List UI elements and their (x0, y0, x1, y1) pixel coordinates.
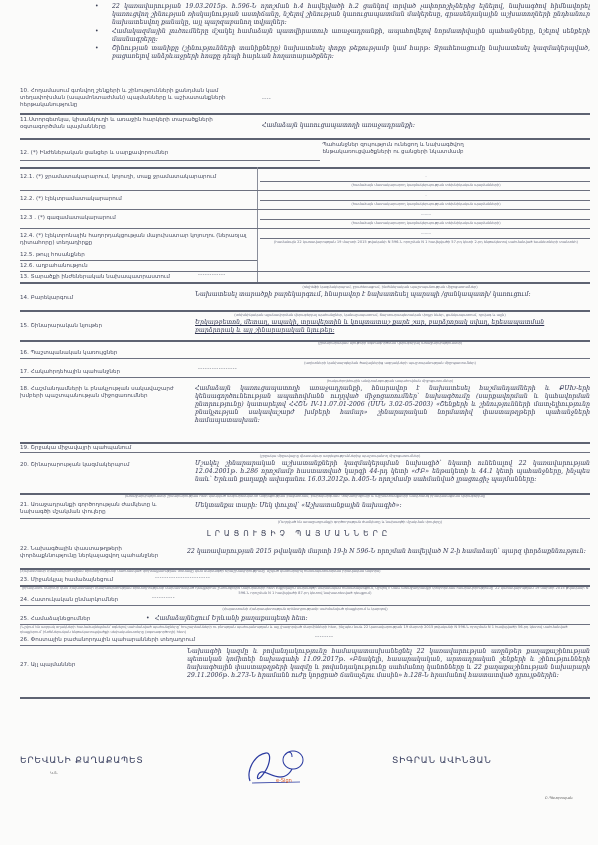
row-12-4-note: (համաձայն 22 կառավարության 19 մարտի 2015… (262, 240, 590, 245)
row-18-value: Համաձայն կառուցապատողի առաջադրանքի, հնար… (195, 385, 590, 425)
bullet-icon: • (95, 45, 99, 52)
divider (260, 181, 590, 182)
row-27-label: 27. Այլ պայմաններ (20, 662, 170, 669)
row-17-value: ----------------- (198, 366, 237, 372)
row-10-value: ---- (262, 96, 271, 102)
row-25-note: (Նշվում են ազդակ օղակների համաձայնեցման՝… (20, 625, 590, 635)
intro-bullet-2: Համակազմային լուծումները մշակել համաձայն… (112, 28, 590, 44)
bullet-icon: • (146, 615, 150, 622)
divider (20, 190, 590, 191)
row-25-value: Համաձայնեցում Երևանի քաղաքապետի հետ: (155, 615, 585, 623)
row-22-note: (Հայաստանի Հանրապետության օրենսդրությամբ… (20, 569, 590, 574)
row-16-note: (աղետների կանխարգելման ծավալներից ազդակն… (190, 361, 590, 366)
row-12-3-value: -------- (262, 212, 590, 217)
row-17-note: (հակահրդեհային անվտանգության ապահովման մ… (190, 379, 590, 384)
divider (20, 645, 590, 646)
divider (20, 209, 590, 210)
row-17-label: 17. Հակահրդեհային պահանջներ (20, 369, 220, 376)
signatory-name: ՏԻԳՐԱՆ ԱՎԻՆՅԱՆ (392, 756, 492, 766)
row-12-2-value: - (262, 193, 590, 198)
column-divider (257, 167, 258, 282)
row-12-value: Պահանջներ զույություն ունեցող և նախագծվո… (308, 142, 478, 156)
esign-stamp: e-Sign (276, 778, 292, 784)
divider (260, 200, 590, 201)
row-21-label: 21. Առաջադրանքի գործողության ժամկետը և ն… (20, 502, 180, 516)
divider (20, 697, 590, 699)
row-21-note: (Ուղղված են առաջադրանքի գործողության ժամ… (190, 520, 530, 525)
divider (20, 282, 590, 284)
row-24-note: (Հայաստանի Հանրապետության օրենսդրությամբ… (20, 607, 590, 612)
divider (20, 160, 320, 161)
row-27-value: Նախագծի կազմը և բովանդակությունը համապատ… (187, 648, 590, 680)
divider (260, 219, 590, 220)
divider (20, 113, 590, 115)
divider (20, 310, 590, 312)
bullet-icon: • (95, 28, 99, 35)
row-14-value: Նախատեսել տարածքի բարեկարգում, հնարավոր … (195, 291, 590, 299)
divider (20, 452, 590, 453)
bullet-icon: • (95, 3, 99, 10)
seal-mark: Կ.Տ. (50, 770, 58, 775)
divider (20, 138, 590, 140)
row-15-note: (շինարարական նյութերի օգտագործման վերաբե… (190, 341, 590, 346)
divider (20, 228, 590, 229)
row-13-value: ------------ (198, 272, 226, 278)
intro-bullet-3: Շինության տանիքը (շինությունների տանիքնե… (112, 45, 590, 61)
row-19-label: 19. Շրջակա միջավայրի պահպանում (20, 445, 195, 452)
row-24-value: ---------- (152, 595, 175, 601)
row-26-label: 26. Փոստային բաժանորդային պահարանների տե… (20, 637, 250, 644)
row-12-3-label: 12.3 . (*) գազամատակարարում (20, 215, 250, 222)
divider (20, 167, 590, 169)
divider (20, 358, 590, 359)
row-12-4-label: 12.4. (*) էլեկտրոնային հաղորդակցության մ… (20, 233, 250, 247)
row-21-value: Մեկտանքա տարի: Մեկ փուլով՝ «Աշխատանքային… (195, 502, 590, 510)
divider (20, 271, 590, 272)
row-19-note: (շրջակա միջավայրը վնասակար ազդեցությունն… (190, 454, 490, 459)
row-12-5-label: 12.5. թույլ հոսանքներ (20, 252, 250, 259)
row-26-value: -------- (315, 634, 333, 640)
mayor-title: ԵՐԵՎԱՆԻ ՔԱՂԱՔԱՊԵՏ (20, 756, 144, 766)
row-12-label: 12. (*) Ինժեներական ցանցեր և սարքավորում… (20, 150, 260, 157)
divider (20, 442, 590, 444)
row-20-label: 20. Շինարարության կազմակերպում (20, 462, 195, 469)
row-22-label: 22. Նախագծային փաստաթղթերի փորձաքննությո… (20, 546, 180, 560)
row-15-value: Երկաթբետոն, մետաղ, ապակի, տրավերտին և կո… (195, 319, 585, 335)
document-page: • 22 կառավարության 19.03.2015թ. հ.596-Ն … (0, 0, 598, 845)
divider (20, 260, 257, 261)
row-12-6-label: 12.6. աղբահանություն (20, 263, 250, 270)
row-22-value: 22 կառավարության 2015 թվականի մարտի 19-ի… (187, 548, 587, 556)
row-12-1-note: (համաձայն մատակարարող կազմակերպության տե… (262, 183, 590, 188)
row-12-2-note: (համաձայն մատակարարող կազմակերպության տե… (262, 202, 590, 207)
divider (20, 377, 590, 378)
row-12-2-label: 12.2. (*) էլեկտրամատակարարում (20, 196, 250, 203)
executor-name: Բ.Պետրոսյան (545, 795, 572, 800)
row-11-label: 11.Ստորգետնյա, կիսանկուղի և առաջին հարկե… (20, 117, 240, 131)
row-19-value: ______ (208, 438, 226, 444)
row-18-label: 18. Հաշմանդամների և բնակչության սակավաշա… (20, 386, 195, 400)
row-12-1-value: - (262, 174, 590, 179)
row-12-4-value: -------- (262, 231, 590, 236)
row-23-note: (իրավասու մարմնի կամ Հայաստանի Հանրապետո… (20, 586, 590, 596)
row-15-label: 15. Շինարարական նյութեր (20, 323, 180, 330)
row-23-value: ------------------------ (155, 575, 210, 581)
divider (20, 605, 590, 606)
row-16-label: 16. Պաշտպանական կառույցներ (20, 350, 220, 357)
divider (20, 518, 590, 519)
divider (260, 238, 590, 239)
row-10-label: 10. Հողամասում գտնվող շենքերի և շինությո… (20, 88, 240, 109)
row-20-note: (առաջարկություններ շինարարության հետ կապ… (20, 494, 590, 499)
section-heading: ԼՐԱՑՈՒՑԻՉ ՊԱՅՄԱՆՆԵՐԸ (0, 529, 598, 538)
row-14-label: 14. Բարեկարգում (20, 295, 180, 302)
row-12-3-note: (համաձայն մատակարարող կազմակերպության տե… (262, 221, 590, 226)
intro-bullet-1: 22 կառավարության 19.03.2015թ. հ.596-Ն որ… (112, 3, 590, 27)
row-14-note: (տեխնիկական պլանավորման վերաբերյալ պահան… (150, 313, 590, 318)
row-11-value: Համաձայն կառուցապատողի առաջադրանքի: (262, 122, 582, 130)
row-13-note: (ռելիեֆի կազմակերպում, ջրահեռացում, ինժե… (190, 285, 590, 290)
row-20-value: Մշակել շինարարական աշխատանքների կազմակեր… (195, 460, 590, 484)
row-12-1-label: 12.1. (*) ջրամատակարարում, կոյուղի, տաք … (20, 174, 250, 181)
